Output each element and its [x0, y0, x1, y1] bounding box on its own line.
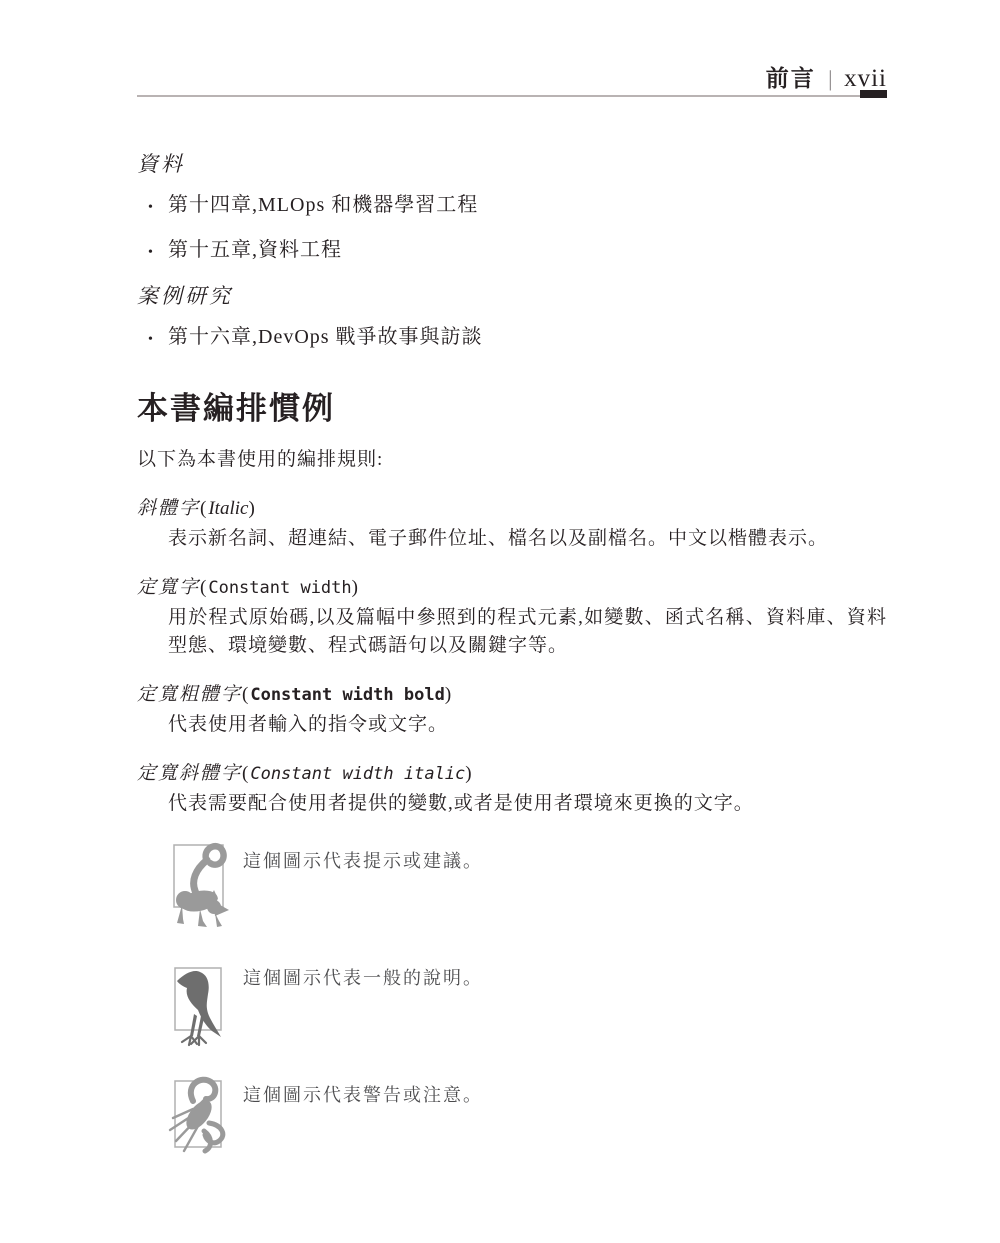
list-item: • 第十五章,資料工程: [137, 237, 887, 266]
toc-group-title-data: 資料: [137, 151, 887, 177]
term-latin: Italic: [208, 498, 248, 519]
toc-group-title-case-studies: 案例研究: [137, 283, 887, 309]
scorpion-icon: [165, 1073, 231, 1165]
section-heading: 本書編排慣例: [137, 391, 887, 427]
note-info: 這個圖示代表一般的說明。: [165, 956, 887, 1048]
section-intro: 以下為本書使用的編排規則:: [137, 446, 887, 474]
paren-close: ): [248, 498, 256, 519]
convention-term: 定寬斜體字(Constant width italic): [137, 760, 887, 788]
convention-definition: 代表使用者輸入的指令或文字。: [168, 711, 887, 739]
toc-item-label: 第十四章,MLOps 和機器學習工程: [168, 192, 478, 218]
convention-definition: 用於程式原始碼,以及篇幅中參照到的程式元素,如變數、函式名稱、資料庫、資料型態、…: [168, 604, 887, 660]
list-item: • 第十六章,DevOps 戰爭故事與訪談: [137, 324, 887, 353]
convention-definition: 表示新名詞、超連結、電子郵件位址、檔名以及副檔名。中文以楷體表示。: [168, 525, 887, 553]
note-warning: 這個圖示代表警告或注意。: [165, 1073, 887, 1165]
convention-entry: 定寬斜體字(Constant width italic) 代表需要配合使用者提供…: [137, 760, 887, 818]
paren-close: ): [445, 684, 453, 705]
term-zh: 斜體字: [137, 498, 200, 519]
paren-close: ): [352, 577, 360, 598]
page-header: 前言 | xvii: [137, 0, 887, 92]
bullet-icon: •: [137, 195, 168, 221]
notes-block: 這個圖示代表提示或建議。 這個圖示代表一般的說明。: [165, 839, 887, 1165]
convention-term: 斜體字(Italic): [137, 495, 887, 523]
convention-term: 定寬粗體字(Constant width bold): [137, 681, 887, 709]
bullet-icon: •: [137, 240, 168, 266]
convention-term: 定寬字(Constant width): [137, 574, 887, 602]
header-rule-tab: [860, 90, 887, 98]
note-text: 這個圖示代表提示或建議。: [243, 839, 483, 873]
convention-entry: 定寬粗體字(Constant width bold) 代表使用者輸入的指令或文字…: [137, 681, 887, 739]
term-latin: Constant width italic: [250, 764, 465, 784]
convention-entry: 斜體字(Italic) 表示新名詞、超連結、電子郵件位址、檔名以及副檔名。中文以…: [137, 495, 887, 553]
header-section-label: 前言: [766, 60, 816, 93]
note-tip: 這個圖示代表提示或建議。: [165, 839, 887, 931]
term-latin: Constant width bold: [250, 685, 444, 705]
list-item: • 第十四章,MLOps 和機器學習工程: [137, 192, 887, 221]
header-page-number: xvii: [844, 65, 887, 93]
header-rule: [137, 95, 887, 97]
term-zh: 定寬斜體字: [137, 763, 242, 784]
lemur-icon: [165, 839, 231, 931]
convention-definition: 代表需要配合使用者提供的變數,或者是使用者環境來更換的文字。: [168, 790, 887, 818]
term-zh: 定寬字: [137, 577, 200, 598]
note-text: 這個圖示代表警告或注意。: [243, 1073, 483, 1107]
toc-item-label: 第十五章,資料工程: [168, 237, 342, 263]
bullet-icon: •: [137, 327, 168, 353]
crow-icon: [165, 956, 231, 1048]
toc-item-label: 第十六章,DevOps 戰爭故事與訪談: [168, 324, 483, 350]
page-content: 前言 | xvii 資料 • 第十四章,MLOps 和機器學習工程 • 第十五章…: [137, 0, 887, 1165]
term-zh: 定寬粗體字: [137, 684, 242, 705]
paren-close: ): [465, 763, 473, 784]
note-text: 這個圖示代表一般的說明。: [243, 956, 483, 990]
header-separator: |: [829, 66, 832, 92]
term-latin: Constant width: [208, 578, 351, 598]
convention-entry: 定寬字(Constant width) 用於程式原始碼,以及篇幅中參照到的程式元…: [137, 574, 887, 660]
